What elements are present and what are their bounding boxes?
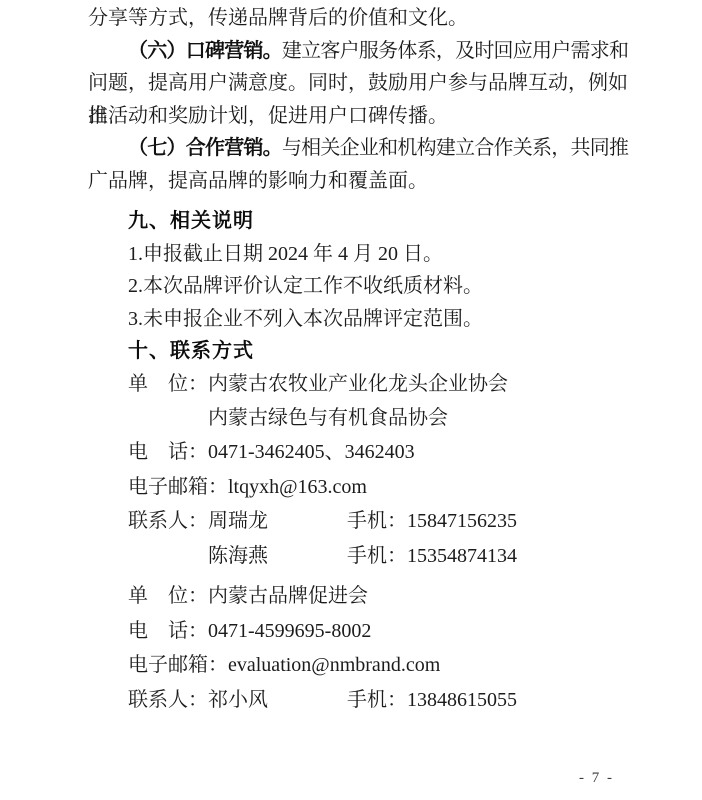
paragraph-text: 建立客户服务体系，及时回应用户需求和 bbox=[282, 40, 628, 62]
org-name: 内蒙古农牧业产业化龙头企业协会 bbox=[208, 373, 508, 395]
body-text: 分享等方式，传递品牌背后的价值和文化。 （六）口碑营销。建立客户服务体系，及时回… bbox=[88, 2, 628, 717]
paragraph-line: （六）口碑营销。建立客户服务体系，及时回应用户需求和 bbox=[88, 35, 628, 68]
mobile-label: 手机： bbox=[347, 545, 407, 567]
mobile-label: 手机： bbox=[347, 510, 407, 532]
org-label: 单 位： bbox=[128, 585, 208, 607]
email-label: 电子邮箱： bbox=[128, 654, 228, 676]
person-name: 祁小风 bbox=[208, 689, 268, 711]
contact-person-row: 联系人：周瑞龙 手机：15847156235 bbox=[88, 504, 628, 539]
paragraph-lead-bold: （七）合作营销。 bbox=[128, 137, 282, 159]
section-heading-ten: 十、联系方式 bbox=[88, 335, 628, 368]
mobile-value: 15354874134 bbox=[407, 545, 517, 567]
phone-value: 0471-3462405、3462403 bbox=[208, 441, 415, 463]
contact-email-row: 电子邮箱：evaluation@nmbrand.com bbox=[88, 648, 628, 683]
org-name: 内蒙古品牌促进会 bbox=[208, 585, 368, 607]
section-heading-nine: 九、相关说明 bbox=[88, 205, 628, 238]
person-label: 联系人： bbox=[128, 510, 208, 532]
phone-label: 电 话： bbox=[128, 620, 208, 642]
contact-person-row: 陈海燕 手机：15354874134 bbox=[88, 539, 628, 574]
person-name: 陈海燕 bbox=[208, 545, 268, 567]
contact-person-row: 联系人：祁小风 手机：13848615055 bbox=[88, 683, 628, 718]
phone-label: 电 话： bbox=[128, 441, 208, 463]
email-value: evaluation@nmbrand.com bbox=[228, 654, 440, 676]
paragraph-text: 与相关企业和机构建立合作关系，共同推 bbox=[282, 137, 628, 159]
mobile-label: 手机： bbox=[347, 689, 407, 711]
mobile-value: 15847156235 bbox=[407, 510, 517, 532]
phone-value: 0471-4599695-8002 bbox=[208, 620, 371, 642]
mobile-cell: 手机：15847156235 bbox=[347, 504, 517, 539]
contact-email-row: 电子邮箱：ltqyxh@163.com bbox=[88, 470, 628, 505]
person-label: 联系人： bbox=[128, 689, 208, 711]
mobile-cell: 手机：15354874134 bbox=[347, 539, 517, 574]
document-page: 分享等方式，传递品牌背后的价值和文化。 （六）口碑营销。建立客户服务体系，及时回… bbox=[0, 0, 702, 800]
contact-org-row: 内蒙古绿色与有机食品协会 bbox=[88, 401, 628, 436]
paragraph-lead-bold: （六）口碑营销。 bbox=[128, 40, 282, 62]
paragraph-line: 分享等方式，传递品牌背后的价值和文化。 bbox=[88, 2, 628, 35]
org-name: 内蒙古绿色与有机食品协会 bbox=[208, 407, 448, 429]
contact-phone-row: 电 话：0471-3462405、3462403 bbox=[88, 435, 628, 470]
email-value: ltqyxh@163.com bbox=[228, 476, 367, 498]
paragraph-line: （七）合作营销。与相关企业和机构建立合作关系，共同推 bbox=[88, 132, 628, 165]
contact-phone-row: 电 话：0471-4599695-8002 bbox=[88, 614, 628, 649]
email-label: 电子邮箱： bbox=[128, 476, 228, 498]
paragraph-line: 广品牌，提高品牌的影响力和覆盖面。 bbox=[88, 165, 628, 198]
list-item: 2.本次品牌评价认定工作不收纸质材料。 bbox=[88, 270, 628, 303]
paragraph-line: 问题，提高用户满意度。同时，鼓励用户参与品牌互动，例如推 bbox=[88, 67, 628, 100]
list-item: 1.申报截止日期 2024 年 4 月 20 日。 bbox=[88, 238, 628, 271]
paragraph-line: 出活动和奖励计划，促进用户口碑传播。 bbox=[88, 100, 628, 133]
mobile-cell: 手机：13848615055 bbox=[347, 683, 517, 718]
person-name: 周瑞龙 bbox=[208, 510, 268, 532]
org-label: 单 位： bbox=[128, 373, 208, 395]
list-item: 3.未申报企业不列入本次品牌评定范围。 bbox=[88, 303, 628, 336]
mobile-value: 13848615055 bbox=[407, 689, 517, 711]
contact-org-row: 单 位：内蒙古品牌促进会 bbox=[88, 579, 628, 614]
contact-org-row: 单 位：内蒙古农牧业产业化龙头企业协会 bbox=[88, 368, 628, 401]
page-number: - 7 - bbox=[88, 770, 614, 787]
